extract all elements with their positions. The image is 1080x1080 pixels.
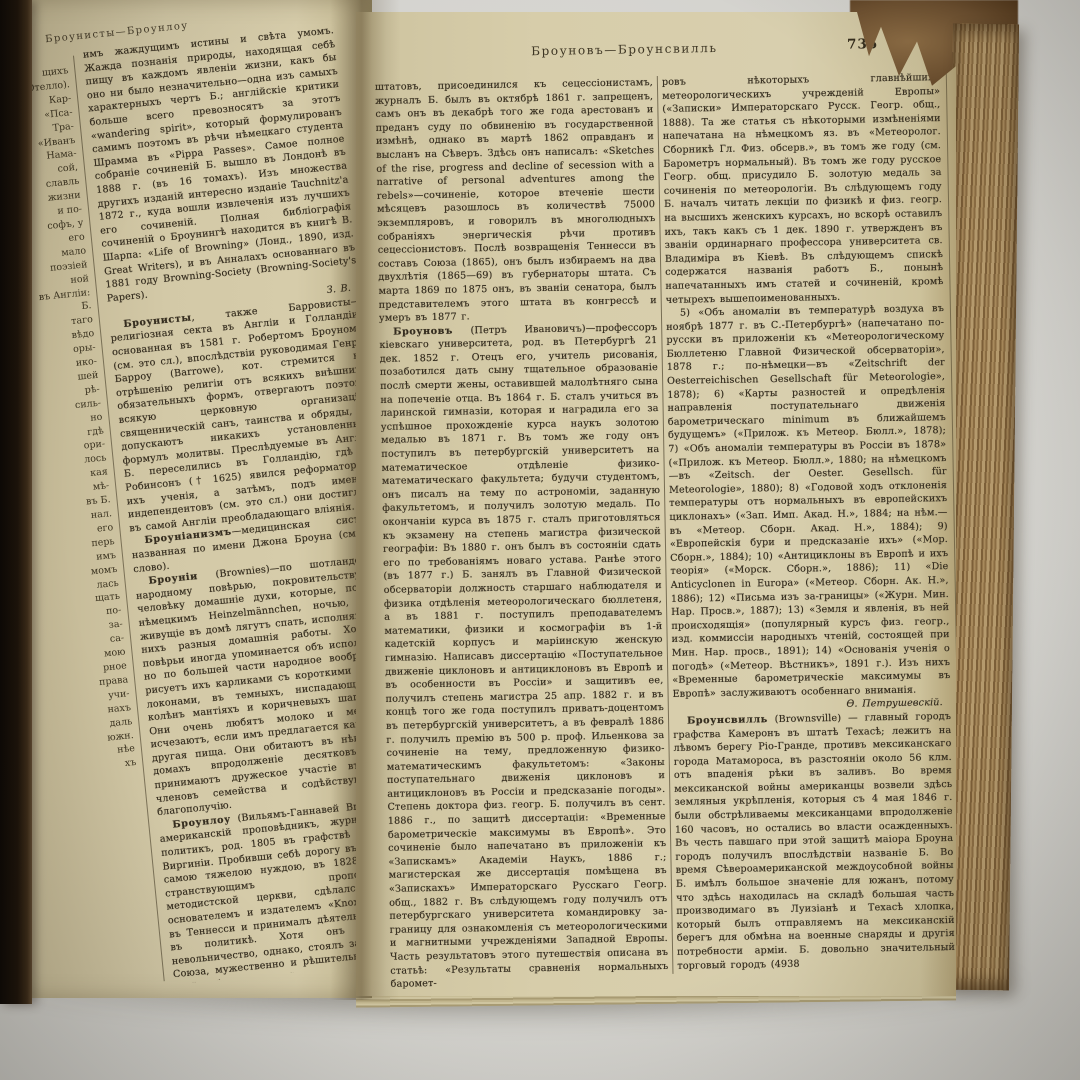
paragraph: ровъ нѣкоторыхъ главнѣйшихъ метеорологич… bbox=[662, 71, 944, 307]
paragraph: Броунсвилль (Brownsville) — главный горо… bbox=[673, 710, 955, 973]
paragraph: 5) «Объ аномаліи въ температурѣ воздуха … bbox=[666, 302, 951, 701]
entry-headword: Броуновъ bbox=[393, 325, 453, 337]
text-columns: штатовъ, присоединился къ сецессіонистам… bbox=[375, 71, 957, 989]
book-cover-edge bbox=[0, 0, 32, 1004]
column-1: штатовъ, присоединился къ сецессіонистам… bbox=[375, 76, 669, 989]
paragraph: имъ жаждущимъ истины и свѣта умомъ. Жажд… bbox=[82, 24, 358, 306]
entry-headword: Броуніи bbox=[148, 571, 198, 587]
paragraph: Броунисты, также Барровисты—религіозная … bbox=[109, 295, 381, 536]
paragraph: Броуновъ (Петръ Ивановичъ)—профессоръ кі… bbox=[379, 321, 669, 989]
paragraph: штатовъ, присоединился къ сецессіонистам… bbox=[375, 76, 657, 326]
right-page-content: Броуновъ—Броунсвилль 735 штатовъ, присое… bbox=[374, 25, 957, 993]
right-page: Броуновъ—Броунсвилль 735 штатовъ, присое… bbox=[356, 12, 956, 996]
column-2: ровъ нѣкоторыхъ главнѣйшихъ метеорологич… bbox=[662, 71, 956, 984]
book-photo: Броунисты—Броунлоу щихъ(Отелло).Кар-«Пса… bbox=[0, 0, 1080, 1080]
running-head: Броуновъ—Броунсвилль bbox=[374, 38, 874, 61]
left-page: Броунисты—Броунлоу щихъ(Отелло).Кар-«Пса… bbox=[28, 0, 372, 998]
entry-headword: Броунсвилль bbox=[687, 714, 768, 726]
